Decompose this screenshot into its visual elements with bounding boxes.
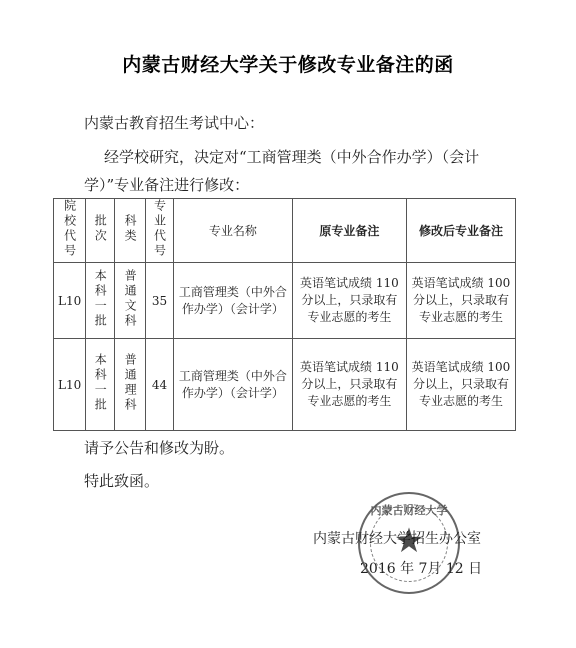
- cell-revised-note: 英语笔试成绩 100 分以上，只录取有专业志愿的考生: [406, 263, 515, 339]
- seal-ring-text: 内蒙古财经大学: [360, 502, 458, 518]
- header-revised-note: 修改后专业备注: [406, 199, 515, 263]
- closing-request: 请予公告和修改为盼。: [84, 437, 234, 458]
- header-major-name: 专业名称: [173, 199, 292, 263]
- cell-major-name: 工商管理类（中外合作办学）（会计学）: [173, 263, 292, 339]
- header-category: 科类: [115, 199, 146, 263]
- cell-school-code: L10: [54, 339, 86, 431]
- cell-major-name: 工商管理类（中外合作办学）（会计学）: [173, 339, 292, 431]
- cell-major-code: 35: [146, 263, 174, 339]
- header-batch: 批次: [86, 199, 115, 263]
- header-school-code: 院校代号: [54, 199, 86, 263]
- closing: 特此致函。: [84, 470, 159, 491]
- major-notes-table: 院校代号 批次 科类 专业代号 专业名称 原专业备注 修改后专业备注 L10 本…: [53, 198, 516, 431]
- body-text-line-2: 学）”专业备注进行修改：: [84, 174, 249, 195]
- cell-original-note: 英语笔试成绩 110 分以上，只录取有专业志愿的考生: [292, 263, 406, 339]
- cell-batch: 本科一批: [86, 263, 115, 339]
- cell-batch: 本科一批: [86, 339, 115, 431]
- table-row: L10 本科一批 普通文科 35 工商管理类（中外合作办学）（会计学） 英语笔试…: [54, 263, 516, 339]
- header-major-code: 专业代号: [146, 199, 174, 263]
- cell-major-code: 44: [146, 339, 174, 431]
- official-seal: 内蒙古财经大学 ★: [358, 492, 460, 594]
- star-icon: ★: [360, 524, 458, 558]
- header-original-note: 原专业备注: [292, 199, 406, 263]
- document-title: 内蒙古财经大学关于修改专业备注的函: [0, 50, 576, 77]
- cell-category: 普通理科: [115, 339, 146, 431]
- table-header-row: 院校代号 批次 科类 专业代号 专业名称 原专业备注 修改后专业备注: [54, 199, 516, 263]
- addressee: 内蒙古教育招生考试中心：: [84, 112, 264, 133]
- body-text-line-1: 经学校研究，决定对“工商管理类（中外合作办学）（会计: [104, 146, 479, 167]
- cell-category: 普通文科: [115, 263, 146, 339]
- cell-original-note: 英语笔试成绩 110 分以上，只录取有专业志愿的考生: [292, 339, 406, 431]
- table-row: L10 本科一批 普通理科 44 工商管理类（中外合作办学）（会计学） 英语笔试…: [54, 339, 516, 431]
- cell-school-code: L10: [54, 263, 86, 339]
- cell-revised-note: 英语笔试成绩 100 分以上，只录取有专业志愿的考生: [406, 339, 515, 431]
